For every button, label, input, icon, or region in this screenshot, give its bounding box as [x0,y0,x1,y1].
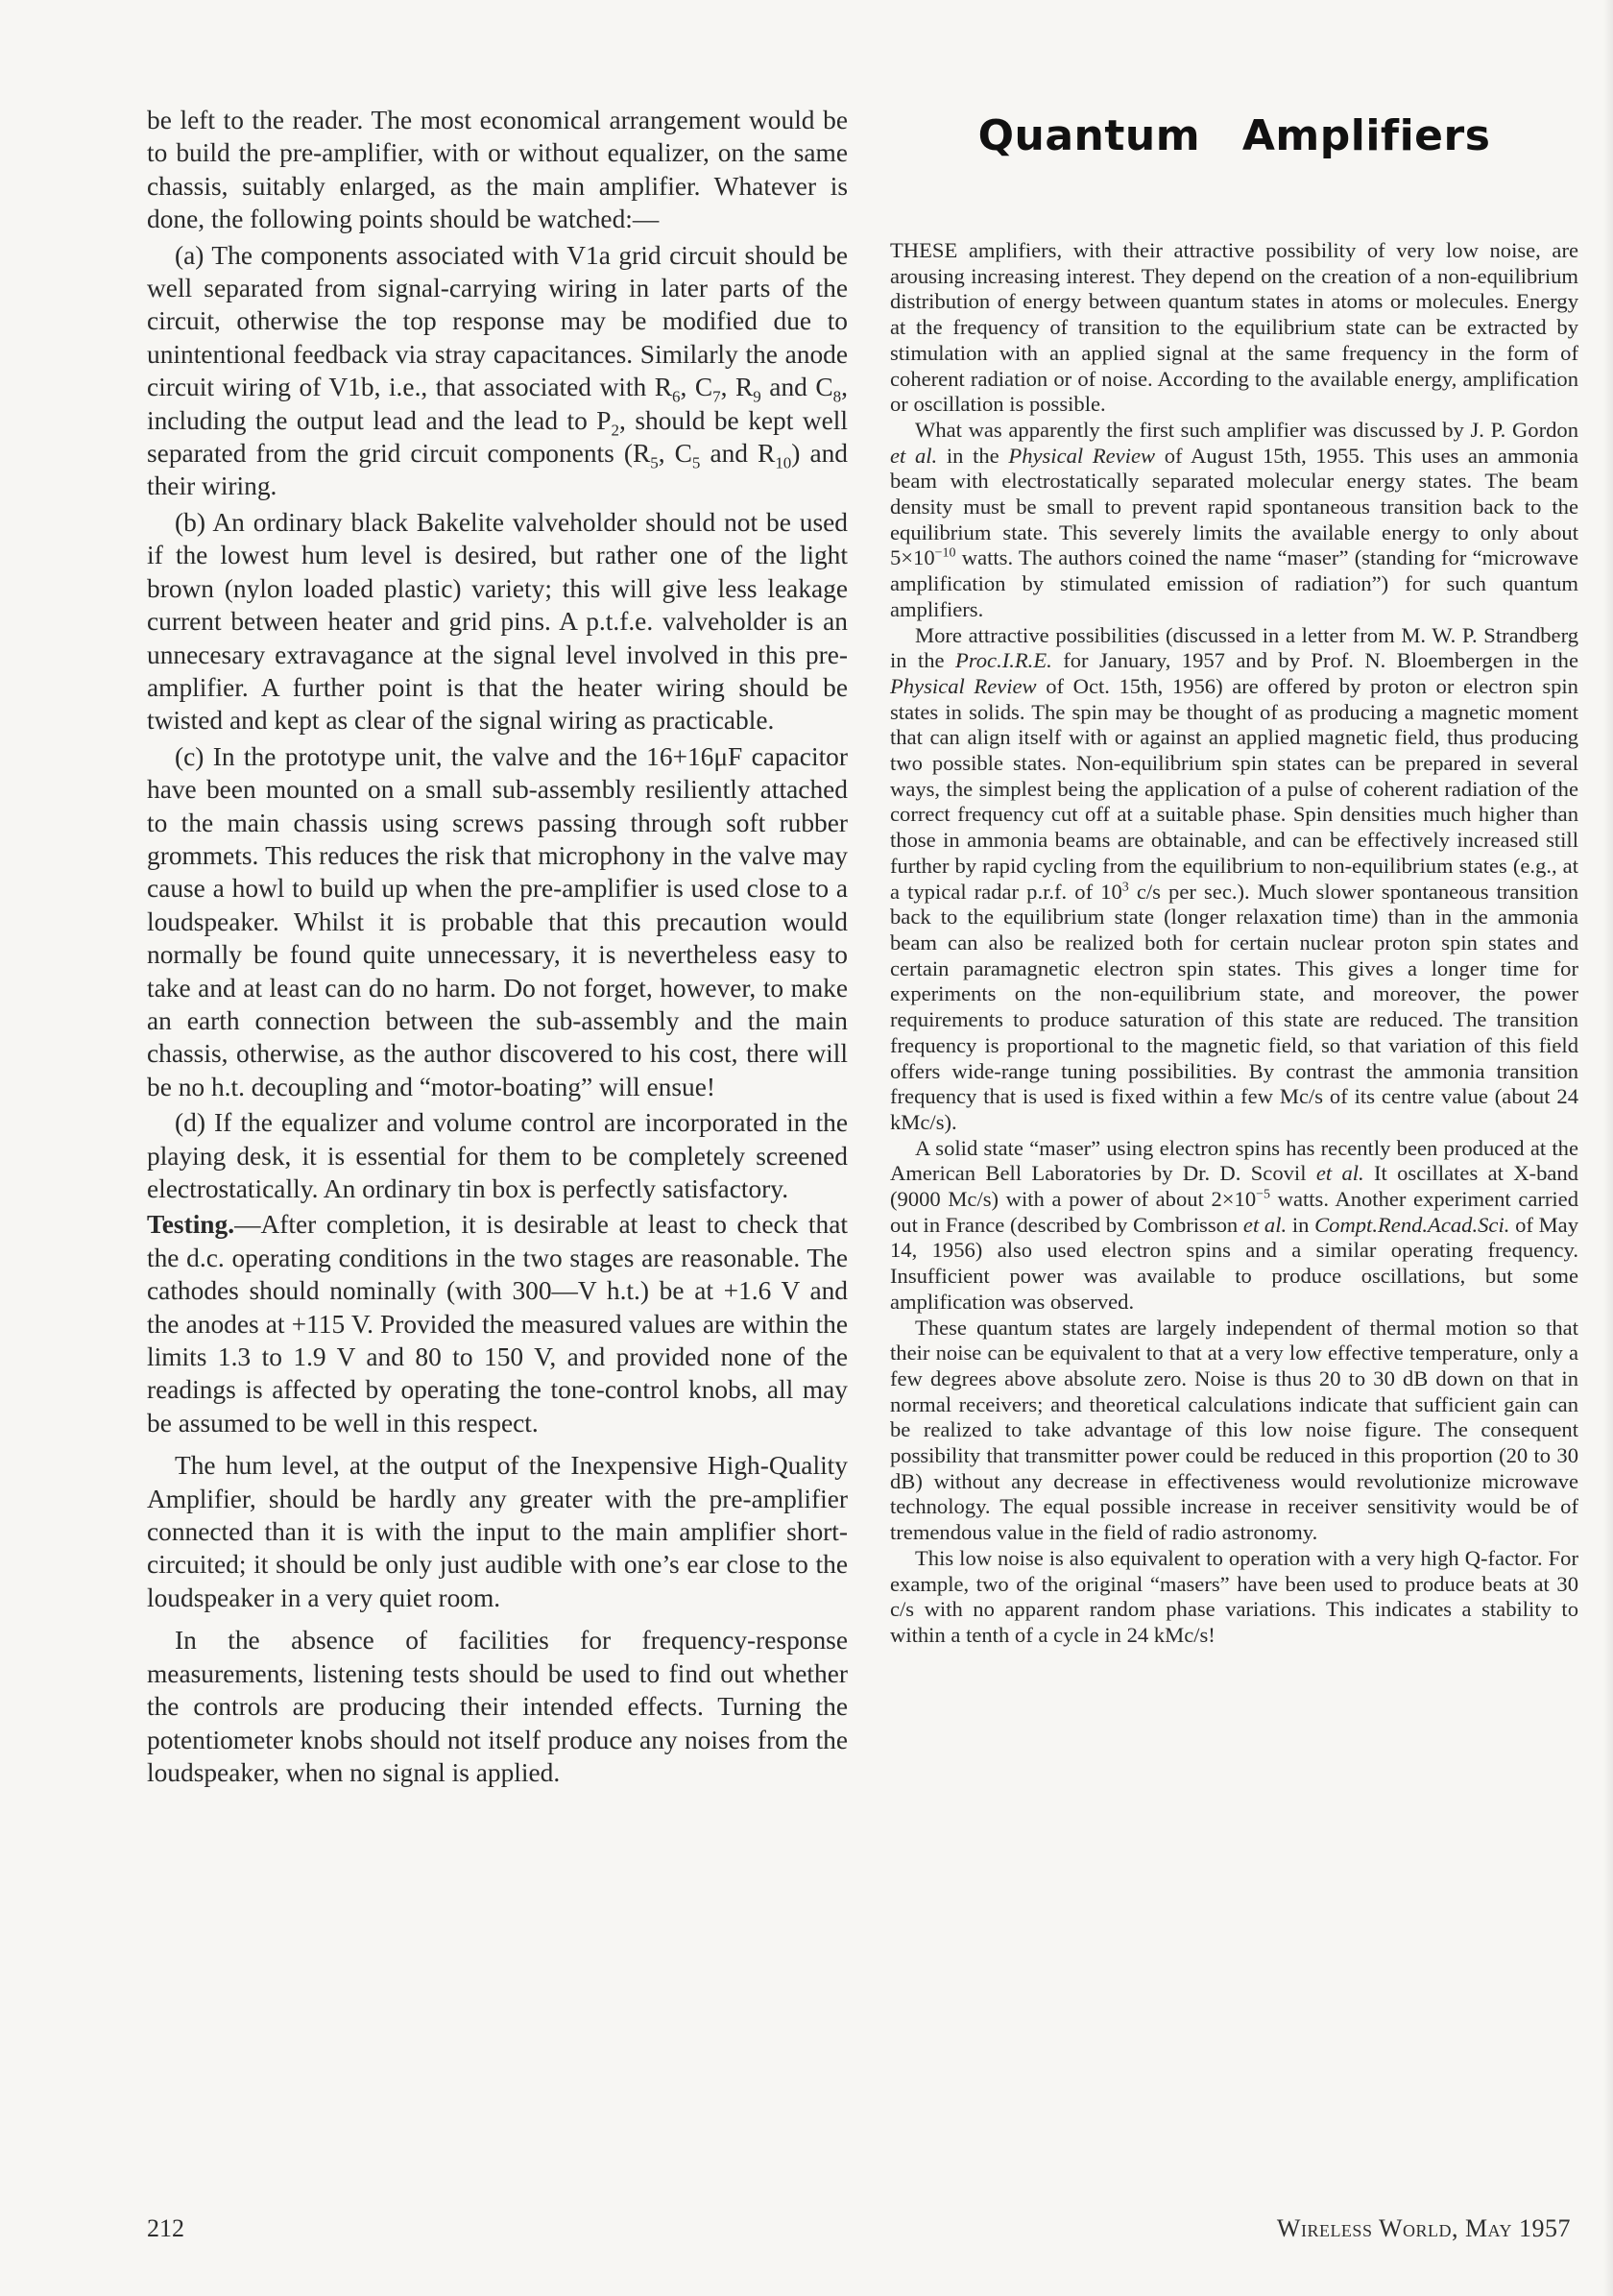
journal-citation: Physical Review [1008,444,1155,468]
paragraph-testing: Testing.—After completion, it is desirab… [147,1208,848,1439]
paragraph-intro: be left to the reader. The most economic… [147,104,848,236]
journal-citation: Compt.Rend.Acad.Sci. [1314,1213,1509,1237]
testing-heading: Testing. [147,1210,234,1239]
paragraph-gordon-maser: What was apparently the first such ampli… [890,418,1578,623]
paragraph-point-b: (b) An ordinary black Bakelite valvehold… [147,506,848,737]
journal-citation: Physical Review [890,674,1037,698]
magazine-page: be left to the reader. The most economic… [0,0,1613,2296]
paragraph-point-d: (d) If the equalizer and volume control … [147,1106,848,1205]
paragraph-solid-state-maser: A solid state “maser” using electron spi… [890,1136,1578,1316]
paragraph-point-a: (a) The components associated with V1a g… [147,239,848,503]
paragraph-point-c: (c) In the prototype unit, the valve and… [147,740,848,1103]
right-column: Quantum Amplifiers THESE amplifiers, wit… [890,104,1578,1649]
page-edge-shadow [1603,0,1613,2296]
paragraph-spin-states: More attractive possibilities (discussed… [890,623,1578,1136]
paragraph-hum-level: The hum level, at the output of the Inex… [147,1449,848,1614]
paragraph-listening-tests: In the absence of facilities for frequen… [147,1624,848,1789]
journal-citation: Proc.I.R.E. [955,648,1052,672]
page-number: 212 [147,2214,184,2243]
running-footer: Wireless World, May 1957 [1277,2214,1571,2243]
article-body: THESE amplifiers, with their attractive … [890,238,1578,1649]
article-title: Quantum Amplifiers [890,111,1578,188]
paragraph-lead: THESE amplifiers, with their attractive … [890,238,1578,418]
left-column: be left to the reader. The most economic… [147,104,848,1789]
paragraph-low-noise: These quantum states are largely indepen… [890,1316,1578,1546]
paragraph-q-factor: This low noise is also equivalent to ope… [890,1546,1578,1649]
